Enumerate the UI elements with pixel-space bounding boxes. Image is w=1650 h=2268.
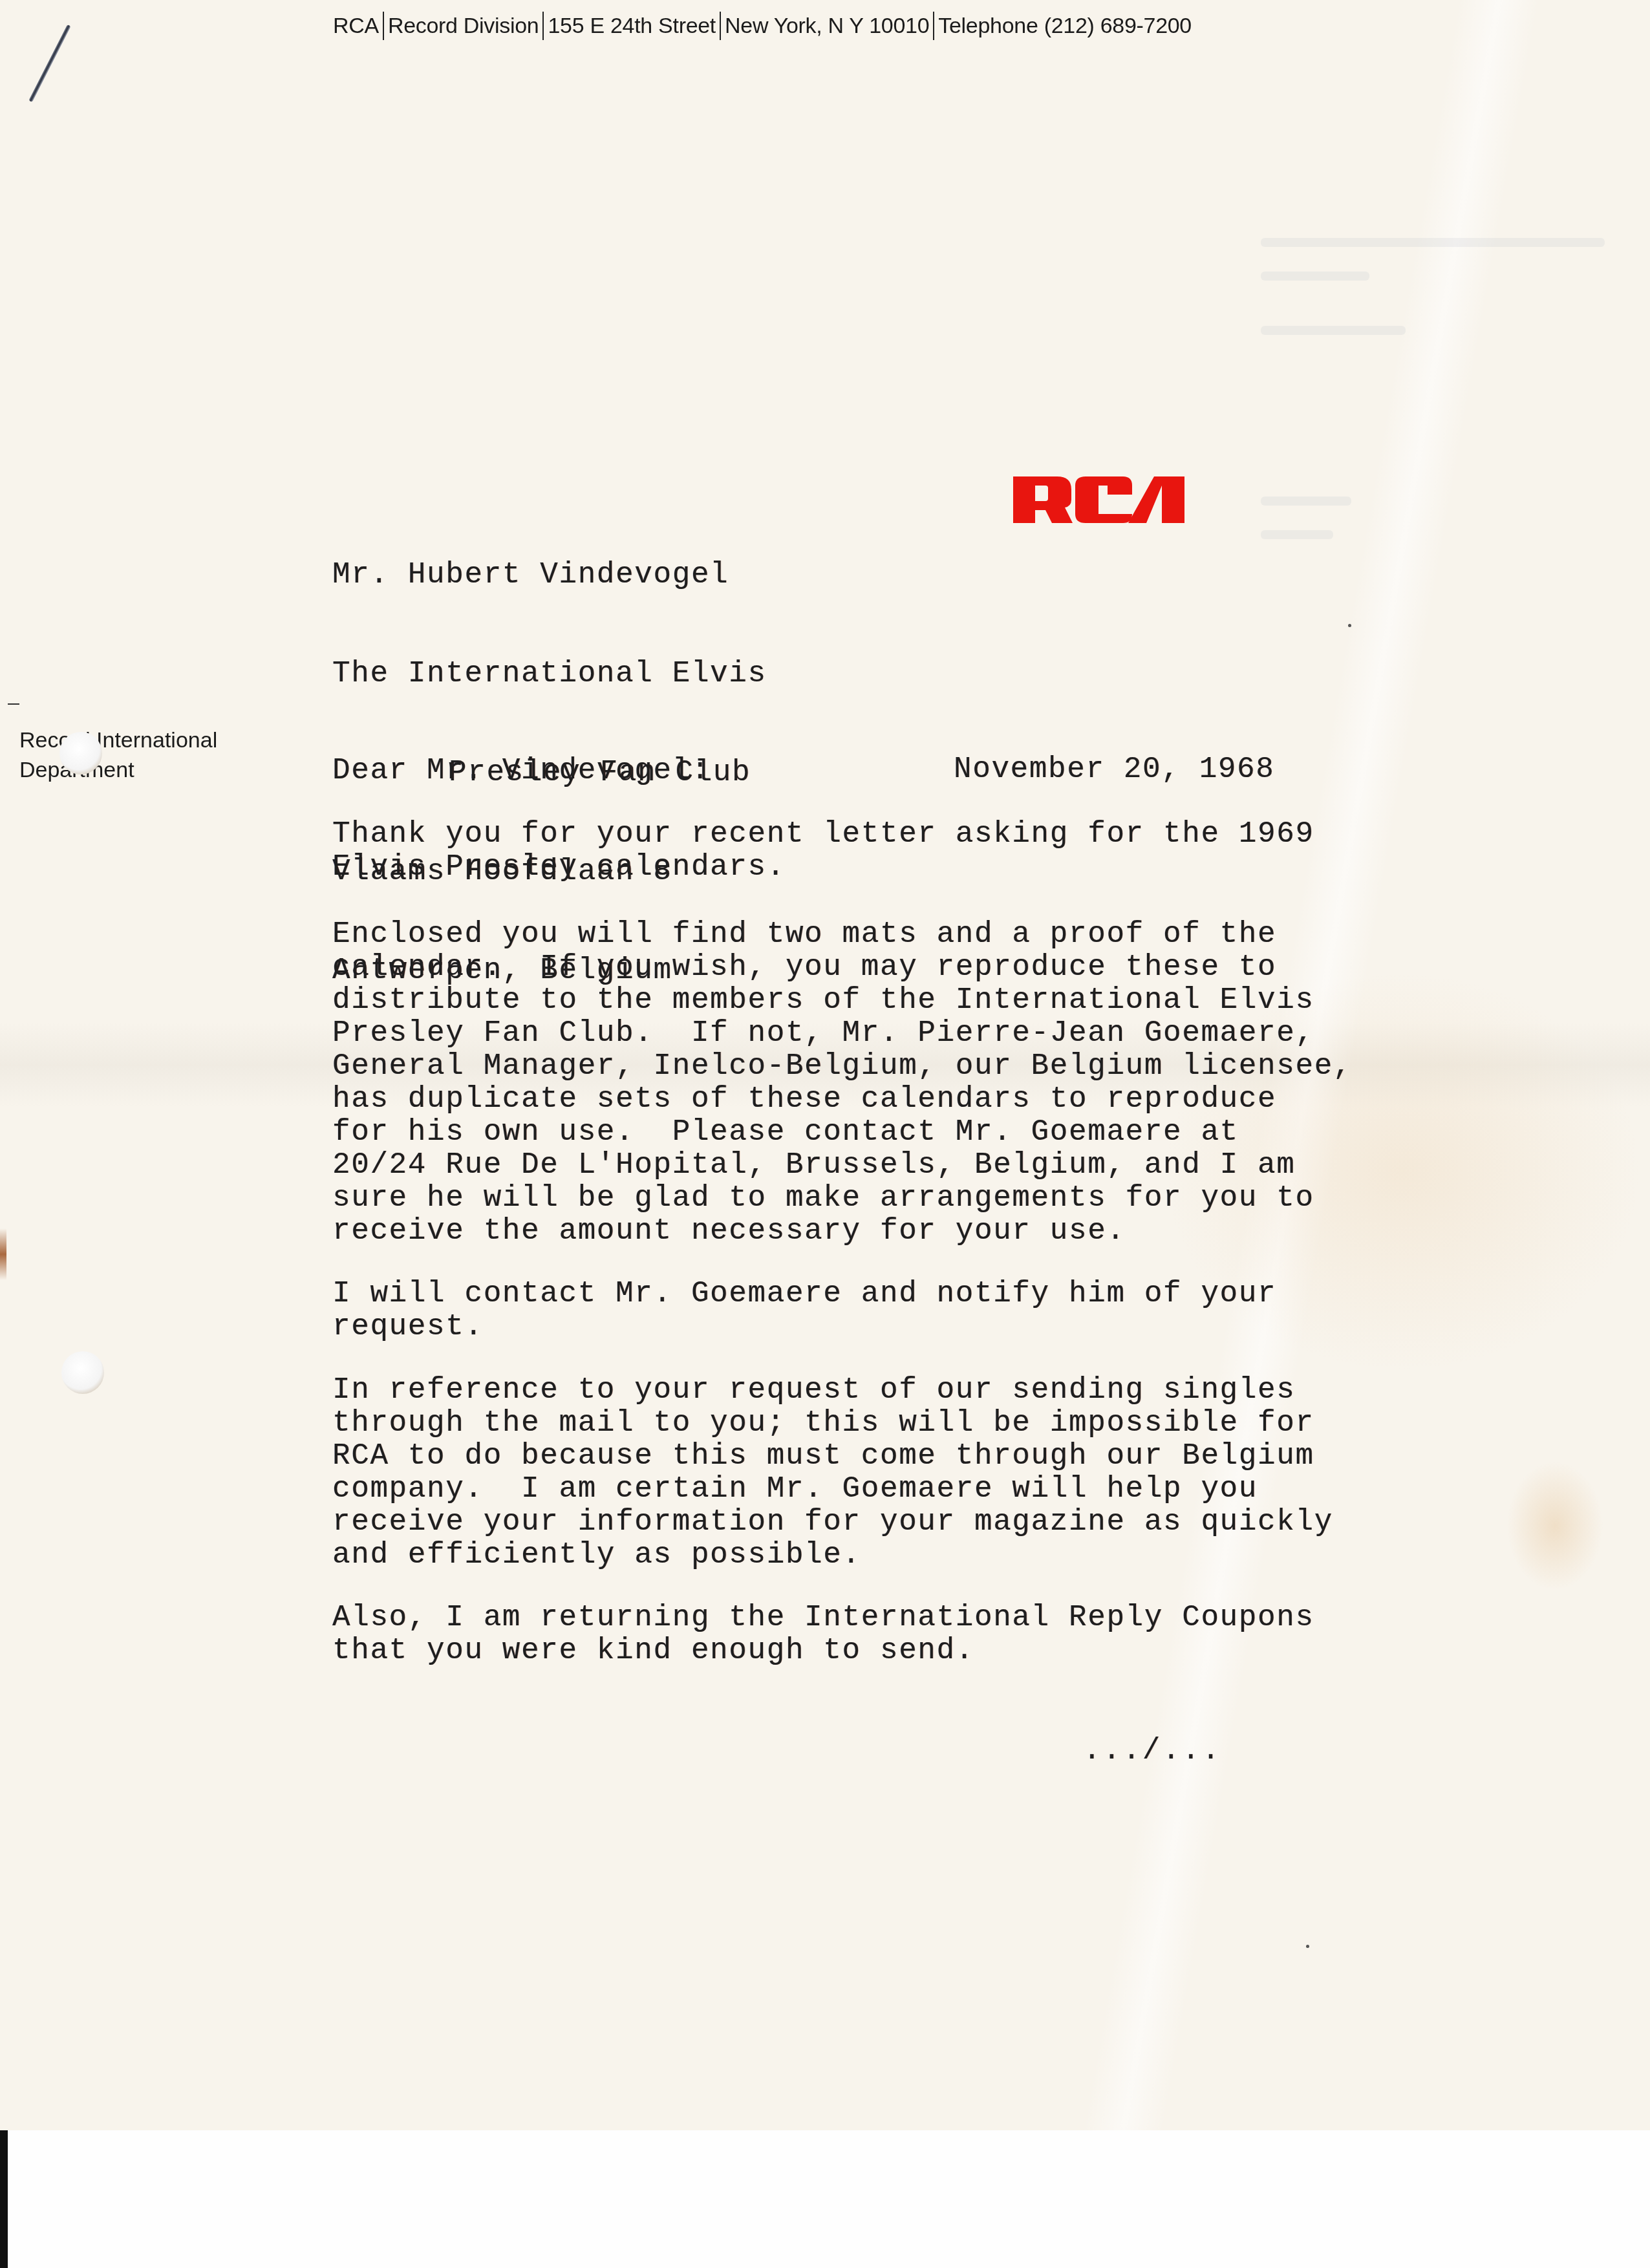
body-paragraph: Also, I am returning the International R… (332, 1601, 1314, 1667)
body-line: I will contact Mr. Goemaere and notify h… (332, 1278, 1276, 1311)
divider (542, 12, 544, 40)
body-line: Thank you for your recent letter asking … (332, 818, 1314, 851)
letterhead-company: RCA (333, 14, 379, 39)
body-line: distribute to the members of the Interna… (332, 984, 1352, 1017)
letterhead: RCA Record Division 155 E 24th Street Ne… (333, 12, 1192, 40)
recipient-line: Mr. Hubert Vindevogel (332, 559, 767, 592)
body-paragraph: In reference to your request of our send… (332, 1374, 1333, 1572)
body-line: request. (332, 1311, 1276, 1343)
body-line: receive your information for your magazi… (332, 1506, 1333, 1539)
body-line: General Manager, Inelco-Belgium, our Bel… (332, 1050, 1352, 1083)
body-line: receive the amount necessary for your us… (332, 1215, 1352, 1248)
body-line: Presley Fan Club. If not, Mr. Pierre-Jea… (332, 1017, 1352, 1050)
scanner-edge (0, 2130, 8, 2268)
rca-logo (1013, 476, 1184, 523)
body-line: RCA to do because this must come through… (332, 1440, 1333, 1473)
fold-mark (8, 703, 19, 705)
body-line: and efficiently as possible. (332, 1539, 1333, 1572)
body-line: Elvis Presley calendars. (332, 851, 1314, 884)
divider (720, 12, 721, 40)
body-line: calendar. If you wish, you may reproduce… (332, 951, 1352, 984)
paper-stain (1506, 1461, 1603, 1590)
body-line: 20/24 Rue De L'Hopital, Brussels, Belgiu… (332, 1149, 1352, 1182)
divider (383, 12, 384, 40)
letterhead-street: 155 E 24th Street (548, 14, 716, 39)
reverse-side-bleed-through (1261, 213, 1623, 795)
body-paragraph: Thank you for your recent letter asking … (332, 818, 1314, 884)
body-line: Enclosed you will find two mats and a pr… (332, 918, 1352, 951)
body-paragraph: I will contact Mr. Goemaere and notify h… (332, 1278, 1276, 1343)
punch-hole (59, 732, 102, 775)
continued-marker: .../... (1083, 1734, 1221, 1768)
rust-stain (0, 1228, 6, 1280)
body-line: through the mail to you; this will be im… (332, 1407, 1333, 1440)
body-line: In reference to your request of our send… (332, 1374, 1333, 1407)
body-line: for his own use. Please contact Mr. Goem… (332, 1116, 1352, 1149)
divider (933, 12, 934, 40)
body-line: Also, I am returning the International R… (332, 1601, 1314, 1634)
body-line: has duplicate sets of these calendars to… (332, 1083, 1352, 1116)
letterhead-city: New York, N Y 10010 (725, 14, 929, 39)
department-line-2: Department (19, 755, 217, 785)
department-label: Record International Department (19, 725, 217, 785)
speck (1348, 624, 1351, 627)
body-line: that you were kind enough to send. (332, 1634, 1314, 1667)
punch-hole (61, 1351, 104, 1394)
department-line-1: Record International (19, 725, 217, 755)
body-line: sure he will be glad to make arrangement… (332, 1182, 1352, 1215)
recipient-line: The International Elvis (332, 658, 767, 690)
body-line: company. I am certain Mr. Goemaere will … (332, 1473, 1333, 1506)
letterhead-division: Record Division (388, 14, 539, 39)
body-paragraph: Enclosed you will find two mats and a pr… (332, 918, 1352, 1248)
letter-date: November 20, 1968 (954, 753, 1274, 786)
letterhead-telephone: Telephone (212) 689-7200 (938, 14, 1192, 39)
speck (1306, 1945, 1309, 1948)
salutation: Dear Mr. Vindevogel: (332, 754, 710, 787)
